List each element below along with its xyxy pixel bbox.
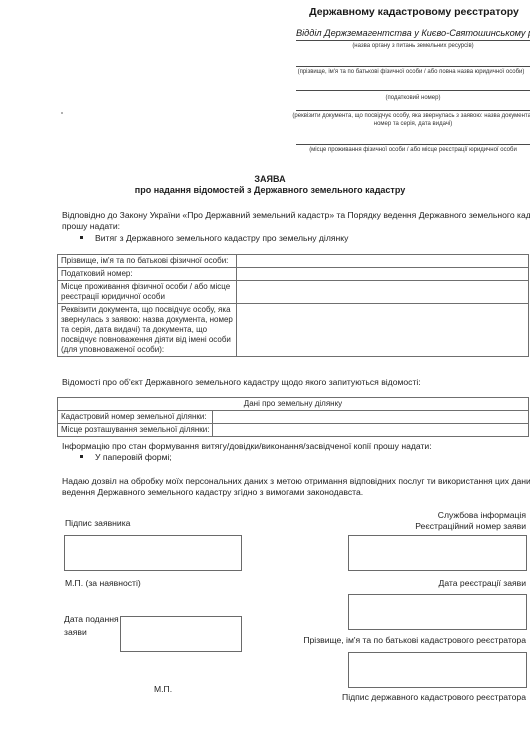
name-field-line[interactable]	[296, 66, 530, 67]
row-label: Податковий номер:	[58, 268, 237, 281]
table-header: Дані про земельну ділянку	[58, 398, 529, 411]
address-hint: (місце проживання фізичної особи / або м…	[296, 146, 530, 154]
document-hint-line1: (реквізити документа, що посвідчує особу…	[290, 112, 530, 120]
intro-text: Відповідно до Закону України «Про Держав…	[62, 210, 530, 221]
bullet-icon	[80, 236, 83, 239]
registrar-name-box[interactable]	[348, 652, 527, 688]
name-hint: (прізвище, ім'я та по батькові фізичної …	[286, 68, 530, 76]
consent-text-2: ведення Державного земельного кадастру з…	[62, 487, 363, 498]
tax-hint: (податковий номер)	[296, 94, 530, 102]
stamp-optional-label: М.П. (за наявності)	[65, 578, 141, 589]
document-hint-line2: номер та серія, дата видачі)	[296, 120, 530, 128]
addressee-heading: Державному кадастровому реєстратору	[300, 6, 528, 18]
row-label: Реквізити документа, що посвідчує особу,…	[58, 304, 237, 357]
table-row: Податковий номер:	[58, 268, 529, 281]
row-label: Місце проживання фізичної особи / або мі…	[58, 281, 237, 304]
service-info-label: Службова інформація	[340, 510, 526, 521]
request-option: Витяг з Державного земельного кадастру п…	[80, 233, 348, 244]
address-field-line[interactable]	[296, 144, 530, 145]
tax-field-line[interactable]	[296, 90, 530, 91]
table-row: Прізвище, ім'я та по батькові фізичної о…	[58, 255, 529, 268]
plot-location-input[interactable]	[213, 424, 529, 437]
identity-document-input[interactable]	[237, 304, 529, 357]
table-header-row: Дані про земельну ділянку	[58, 398, 529, 411]
scan-speck	[61, 112, 63, 114]
table-row: Місце розташування земельної ділянки:	[58, 424, 529, 437]
submission-date-label-2: заяви	[64, 627, 87, 638]
submission-date-box[interactable]	[120, 616, 242, 652]
delivery-option: У паперовій формі;	[80, 452, 172, 463]
row-label: Кадастровий номер земельної ділянки:	[58, 411, 213, 424]
applicant-signature-label: Підпис заявника	[65, 518, 130, 529]
full-name-input[interactable]	[237, 255, 529, 268]
registration-date-label: Дата реєстрації заяви	[340, 578, 526, 589]
registrar-signature-label: Підпис державного кадастрового реєстрато…	[300, 692, 526, 703]
registrar-name-label: Прізвище, ім'я та по батькові кадастрово…	[300, 635, 526, 646]
intro-request: прошу надати:	[62, 221, 120, 232]
applicant-table: Прізвище, ім'я та по батькові фізичної о…	[57, 254, 529, 357]
stamp-label: М.П.	[154, 684, 172, 695]
table-row: Кадастровий номер земельної ділянки:	[58, 411, 529, 424]
cadastral-number-input[interactable]	[213, 411, 529, 424]
registration-number-box[interactable]	[348, 535, 527, 571]
organ-field[interactable]: Відділ Держземагентства у Києво-Святошин…	[296, 28, 530, 38]
consent-text: Надаю дозвіл на обробку моїх персональни…	[62, 476, 530, 487]
document-field-line[interactable]	[296, 110, 530, 111]
delivery-intro: Інформацію про стан формування витягу/до…	[62, 441, 432, 452]
bullet-icon	[80, 455, 83, 458]
object-intro: Відомості про об'єкт Державного земельно…	[62, 377, 421, 388]
request-option-label: Витяг з Державного земельного кадастру п…	[95, 233, 348, 243]
table-row: Реквізити документа, що посвідчує особу,…	[58, 304, 529, 357]
organ-underline	[296, 40, 530, 41]
registration-number-label: Реєстраційний номер заяви	[340, 521, 526, 532]
row-label: Прізвище, ім'я та по батькові фізичної о…	[58, 255, 237, 268]
document-subtitle: про надання відомостей з Державного земе…	[100, 185, 440, 195]
registration-date-box[interactable]	[348, 594, 527, 630]
tax-number-input[interactable]	[237, 268, 529, 281]
land-plot-table: Дані про земельну ділянку Кадастровий но…	[57, 397, 529, 437]
table-row: Місце проживання фізичної особи / або мі…	[58, 281, 529, 304]
document-title: ЗАЯВА	[100, 174, 440, 184]
address-input[interactable]	[237, 281, 529, 304]
organ-hint: (назва органу з питань земельних ресурсі…	[296, 42, 530, 50]
row-label: Місце розташування земельної ділянки:	[58, 424, 213, 437]
submission-date-label: Дата подання	[64, 614, 119, 625]
applicant-signature-box[interactable]	[64, 535, 242, 571]
delivery-option-label: У паперовій формі;	[95, 452, 172, 462]
